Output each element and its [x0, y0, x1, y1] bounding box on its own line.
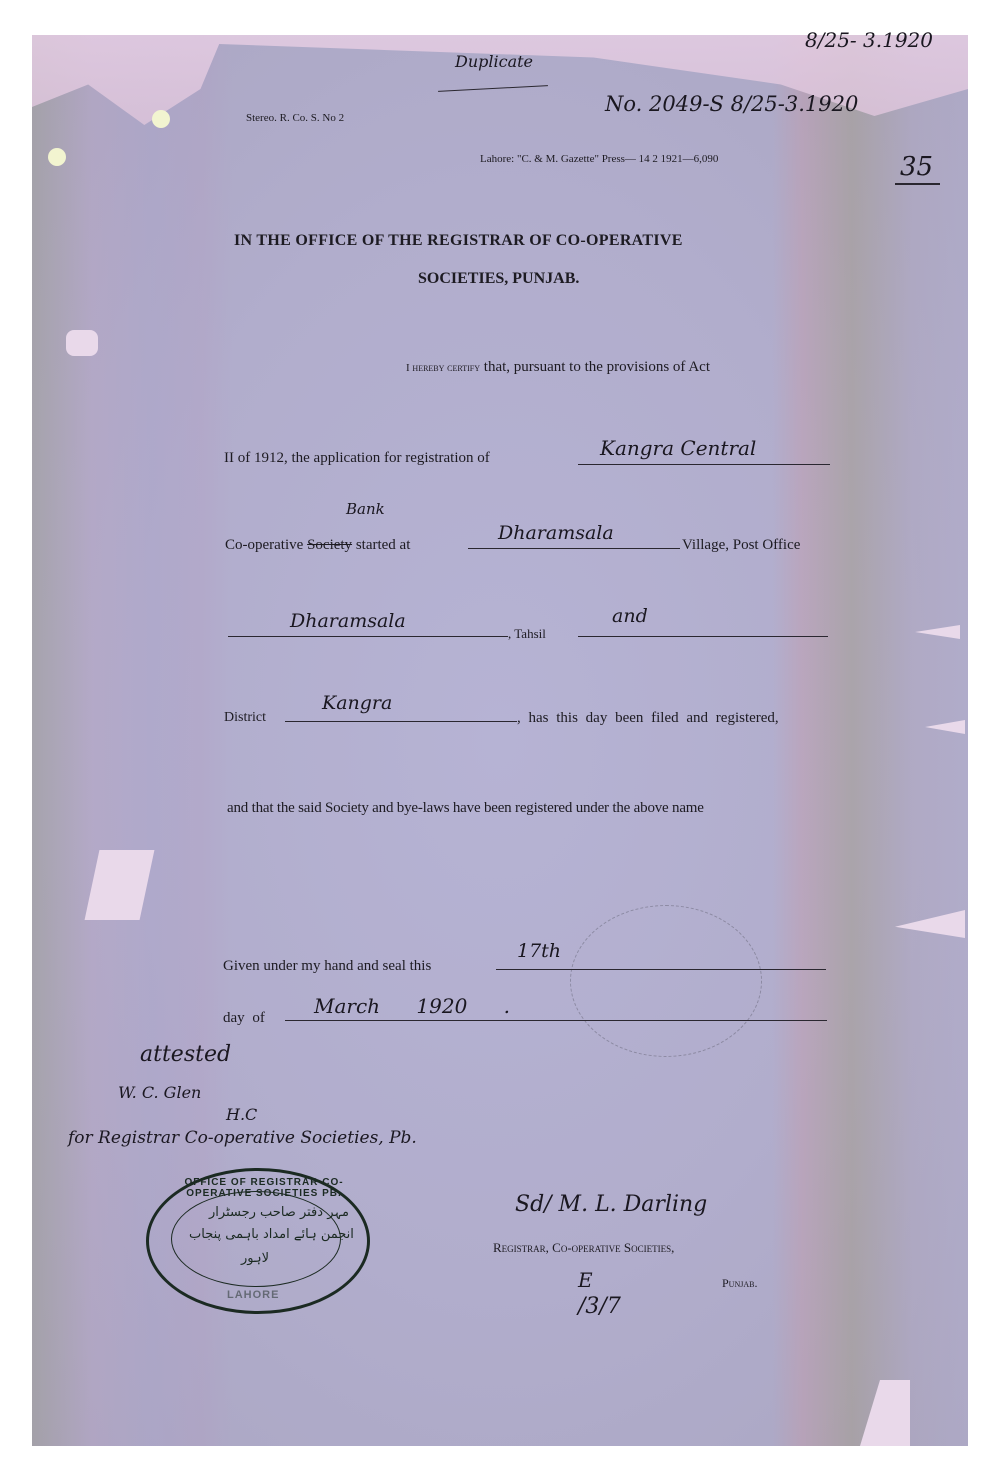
page-number-underline — [895, 183, 940, 185]
day-of-label: day of — [223, 1010, 265, 1027]
tahsil-blank — [578, 636, 828, 637]
handwritten-page-number: 35 — [900, 152, 933, 182]
society-name-fill: Kangra Central — [600, 436, 756, 460]
seal-urdu-line-1: مہر دفتر صاحب رجسٹرار — [209, 1205, 349, 1220]
attested-note: attested — [140, 1042, 231, 1067]
bye-laws-registered-text: and that the said Society and bye-laws h… — [227, 800, 704, 817]
registrar-province: Punjab. — [722, 1276, 757, 1291]
village-post-office-label: Village, Post Office — [682, 537, 800, 554]
tahsil-fill: and — [612, 605, 648, 627]
registrar-office-seal-stamp: OFFICE OF REGISTRAR CO-OPERATIVE SOCIETI… — [146, 1168, 370, 1314]
for-registrar-note: for Registrar Co-operative Societies, Pb… — [68, 1128, 417, 1148]
printer-line: Lahore: "C. & M. Gazette" Press— 14 2 19… — [480, 153, 718, 165]
cooperative-word: Co-operative — [225, 537, 303, 553]
handwritten-date-note: /3/7 — [578, 1294, 621, 1319]
application-prefix: II of 1912, the application for registra… — [224, 450, 490, 467]
seal-bottom-text: LAHORE — [227, 1289, 279, 1301]
attesting-initials: H.C — [226, 1105, 257, 1124]
started-at: started at — [356, 537, 411, 553]
certify-line: I hereby certify that, pursuant to the p… — [406, 359, 710, 376]
cooperative-line: Co-operative Society started at — [225, 537, 410, 554]
certify-rest: that, pursuant to the provisions of Act — [484, 359, 710, 375]
filed-registered-text: , has this day been filed and registered… — [517, 710, 779, 727]
paper-tear — [66, 330, 98, 356]
given-day-fill: 17th — [517, 940, 561, 962]
district-fill: Kangra — [322, 692, 392, 714]
seal-urdu-line-2: انجمن ہائے امداد باہمی پنجاب — [189, 1227, 354, 1242]
hereby-certify: I hereby certify — [406, 362, 480, 374]
bank-insertion: Bank — [346, 500, 385, 518]
district-blank — [285, 721, 517, 722]
attesting-signature: W. C. Glen — [118, 1083, 201, 1102]
village-fill: Dharamsala — [498, 522, 614, 544]
seal-urdu-line-3: لاہور — [241, 1251, 269, 1266]
month-year-fill: March 1920 . — [314, 994, 510, 1018]
registrar-signature: Sd/ M. L. Darling — [515, 1192, 707, 1217]
punch-hole-icon — [152, 110, 170, 128]
given-day-blank — [496, 969, 826, 970]
society-struck-word: Society — [307, 537, 352, 553]
village-blank — [468, 548, 680, 549]
handwritten-number-ref: No. 2049-S 8/25-3.1920 — [605, 92, 858, 116]
form-reference: Stereo. R. Co. S. No 2 — [246, 112, 344, 124]
seal-outer-text: OFFICE OF REGISTRAR CO-OPERATIVE SOCIETI… — [179, 1177, 349, 1199]
faded-date-seal — [570, 905, 762, 1057]
post-office-fill: Dharamsala — [290, 610, 406, 632]
handwritten-top-ref: 8/25- 3.1920 — [805, 28, 933, 52]
post-office-blank — [228, 636, 508, 637]
district-label: District — [224, 710, 266, 726]
month-year-blank — [285, 1020, 827, 1021]
title-line-2: SOCIETIES, PUNJAB. — [418, 270, 579, 288]
society-name-blank — [578, 464, 830, 465]
punch-hole-icon — [48, 148, 66, 166]
registrar-title: Registrar, Co-operative Societies, — [493, 1240, 674, 1256]
handwritten-duplicate: Duplicate — [455, 52, 533, 71]
title-line-1: IN THE OFFICE OF THE REGISTRAR OF CO-OPE… — [234, 232, 683, 250]
given-under-label: Given under my hand and seal this — [223, 958, 431, 975]
handwritten-initial: E — [578, 1268, 593, 1292]
tahsil-label: , Tahsil — [508, 626, 546, 642]
